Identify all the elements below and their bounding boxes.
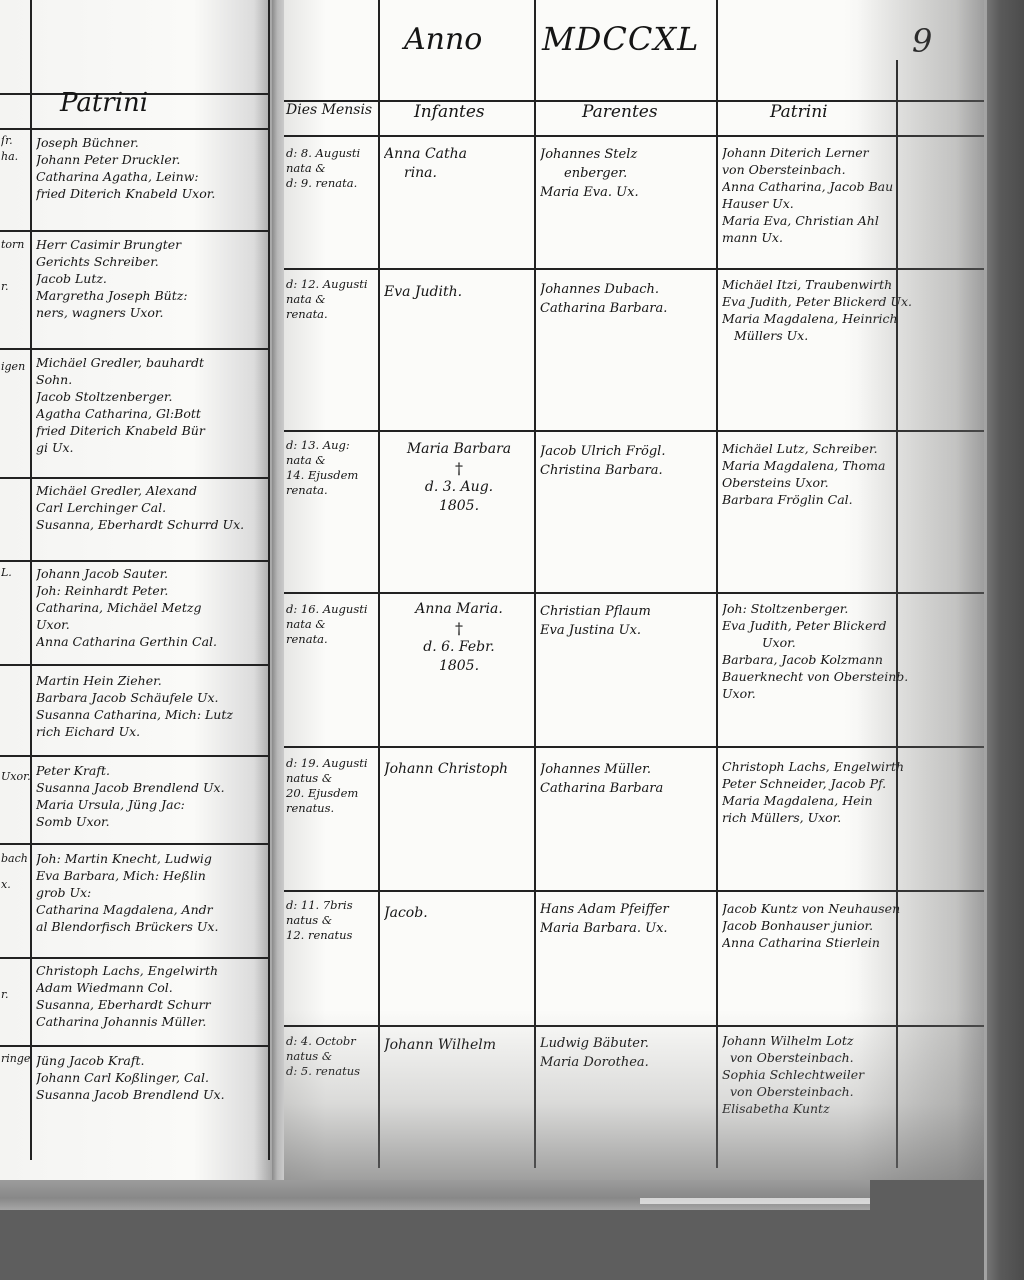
row-rule [0,957,270,959]
infant-cell: Anna Catharina. [384,145,534,183]
anno-label: Anno [404,22,482,57]
date-cell: d: 4. Octobrnatus &d: 5. renatus [286,1034,378,1079]
column-rule [716,0,718,1168]
page-number: 9 [912,22,932,60]
margin-fragment: r. [1,988,31,1001]
right-page: Anno MDCCXL 9 Dies Mensis Infantes Paren… [284,0,984,1180]
parents-cell: Johannes Müller.Catharina Barbara [540,760,716,798]
infant-cell: Johann Christoph [384,760,534,779]
godparents-cell: Jacob Kuntz von NeuhausenJacob Bonhauser… [722,900,972,951]
year-numeral: MDCCXL [542,20,699,58]
row-rule [284,268,984,270]
godparents-cell: Joh: Stoltzenberger.Eva Judith, Peter Bl… [722,600,972,702]
date-cell: d: 8. Augustinata &d: 9. renata. [286,146,378,191]
parents-cell: Jacob Ulrich Frögl.Christina Barbara. [540,442,716,480]
date-cell: d: 16. Augustinata &renata. [286,602,378,647]
column-header-parents: Parentes [582,102,658,122]
margin-fragment: ringer [1,1052,31,1065]
date-cell: d: 12. Augustinata &renata. [286,277,378,322]
row-rule [0,560,270,562]
date-cell: d: 13. Aug:nata &14. Ejusdemrenata. [286,438,378,498]
row-rule [284,1025,984,1027]
godparents-entry: Johann Jacob Sauter.Joh: Reinhardt Peter… [36,565,272,650]
row-rule [284,746,984,748]
row-rule [0,477,270,479]
godparents-entry: Martin Hein Zieher.Barbara Jacob Schäufe… [36,672,272,740]
parents-cell: Johannes Stelzenberger.Maria Eva. Ux. [540,145,716,202]
infant-cell: Eva Judith. [384,283,534,302]
row-rule [284,890,984,892]
infant-cell: Anna Maria.†d. 6. Febr.1805. [384,600,534,676]
parents-cell: Hans Adam PfeifferMaria Barbara. Ux. [540,900,716,938]
margin-fragment: L. [1,566,31,579]
column-rule [378,0,380,1168]
godparents-entry: Joh: Martin Knecht, LudwigEva Barbara, M… [36,850,272,935]
column-rule [534,0,536,1168]
godparents-cell: Christoph Lachs, EngelwirthPeter Schneid… [722,758,972,826]
infant-cell: Jacob. [384,904,534,923]
margin-fragment: igen [1,360,31,373]
row-rule [284,430,984,432]
infant-cell: Maria Barbara†d. 3. Aug.1805. [384,440,534,516]
godparents-entry: Michäel Gredler, bauhardtSohn.Jacob Stol… [36,354,272,456]
book-bottom-edge [0,1180,870,1210]
book-cover-edge [984,0,1024,1280]
margin-fragment: Uxor. [1,770,31,783]
column-header-date: Dies Mensis [286,102,372,118]
margin-fragment: x. [1,878,31,891]
godparents-cell: Michäel Lutz, Schreiber.Maria Magdalena,… [722,440,972,508]
death-cross-icon: † [384,459,534,478]
godparents-entry: Michäel Gredler, AlexandCarl Lerchinger … [36,482,272,533]
infant-cell: Johann Wilhelm [384,1036,534,1055]
row-rule [0,843,270,845]
date-cell: d: 11. 7brisnatus &12. renatus [286,898,378,943]
left-column-header: Patrini [60,88,148,118]
godparents-entry: Herr Casimir BrungterGerichts Schreiber.… [36,236,272,321]
margin-fragment: r. [1,280,31,293]
margin-fragment: torn [1,238,31,251]
column-header-infants: Infantes [414,102,485,122]
row-rule [0,755,270,757]
godparents-entry: Joseph Büchner.Johann Peter Druckler.Cat… [36,134,272,202]
row-rule [0,230,270,232]
margin-fragment: ha. [1,150,31,163]
parents-cell: Johannes Dubach.Catharina Barbara. [540,280,716,318]
margin-fragment: bach [1,852,31,865]
godparents-entry: Jüng Jacob Kraft.Johann Carl Koßlinger, … [36,1052,272,1103]
godparents-cell: Michäel Itzi, TraubenwirthEva Judith, Pe… [722,276,972,344]
godparents-entry: Christoph Lachs, EngelwirthAdam Wiedmann… [36,962,272,1030]
row-rule [284,592,984,594]
godparents-entry: Peter Kraft.Susanna Jacob Brendlend Ux.M… [36,762,272,830]
parents-cell: Ludwig Bäbuter.Maria Dorothea. [540,1034,716,1072]
row-rule [0,664,270,666]
row-rule [0,348,270,350]
godparents-cell: Johann Diterich Lernervon Obersteinbach.… [722,144,972,246]
date-cell: d: 19. Augustinatus &20. Ejusdemrenatus. [286,756,378,816]
death-cross-icon: † [384,619,534,638]
left-page: Patrini ſr. ha. torn r. igen L. Uxor. ba… [0,0,276,1180]
column-header-godparents: Patrini [770,102,828,122]
row-rule [0,128,270,130]
row-rule [0,1045,270,1047]
godparents-cell: Johann Wilhelm Lotzvon Obersteinbach.Sop… [722,1032,972,1117]
row-rule [284,135,984,137]
parents-cell: Christian PflaumEva Justina Ux. [540,602,716,640]
margin-fragment: ſr. [1,134,31,147]
column-rule [30,0,32,1160]
